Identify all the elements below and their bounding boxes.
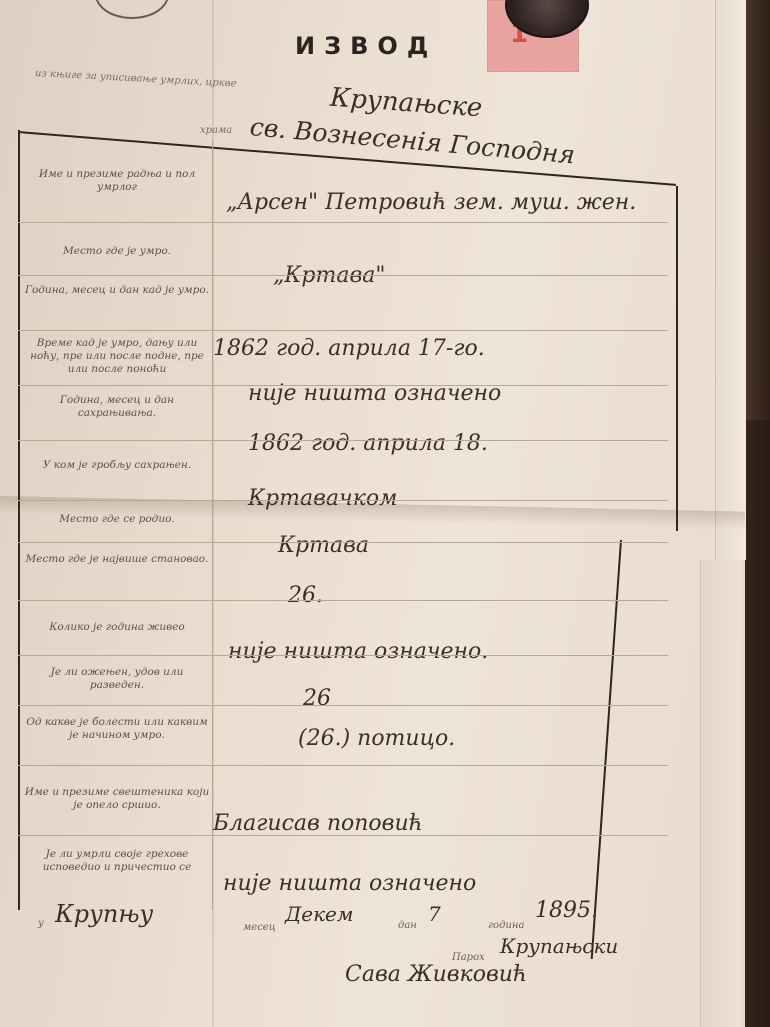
row-label: Место где је умро. [22,245,212,258]
table-row: Место где је умро. „Кртава" [18,222,668,273]
priest-signature: Сава Живковић [345,962,527,987]
row-label: Година, месец и дан сахрањивања. [22,394,212,420]
table-row: Време кад је умро, дању или ноћу, пре ил… [18,330,668,391]
year-handwritten: 1895. [535,898,598,923]
table-row: Колико је година живео није ништа означе… [18,600,668,653]
day-handwritten: 7 [428,902,441,926]
row-label: Место где је највише становао. [22,553,212,566]
row-label: Од какве је болести или каквим је начино… [22,716,212,742]
row-label: У ком је гробљу сахрањен. [22,459,212,472]
table-row: У ком је гробљу сахрањен. Кртавачком [18,440,668,496]
row-label: Име и презиме радња и пол умрлог [22,168,212,194]
place-label: у [38,918,44,929]
row-label: Време кад је умро, дању или ноћу, пре ил… [22,337,212,376]
table-row: Је ли умрли своје грехове исповедио и пр… [18,835,668,886]
row-label: Је ли ожењен, удов или разведен. [22,666,212,692]
table-row: Година, месец и дан сахрањивања. 1862 го… [18,385,668,436]
row-label: Колико је година живео [22,621,212,634]
row-label: Место где се родио. [22,513,212,526]
place-handwritten: Крупњу [55,900,153,928]
day-label: дан [398,920,417,931]
row-value: није ништа означено [223,871,476,896]
table-row: Је ли ожењен, удов или разведен. 26 [18,655,668,706]
table-row: Место где је највише становао. 26. [18,542,668,598]
row-value: Благисав поповић [213,811,423,836]
table-row: Година, месец и дан кад је умро. 1862 го… [18,275,668,331]
paper-edge-lower [700,560,741,1027]
table-border-right [676,186,678,531]
row-value: „Арсен" Петровић зем. муш. жен. [226,190,636,215]
priest-parish-handwritten: Крупањски [500,934,618,958]
row-value: (26.) потицо. [298,726,455,751]
table-row: Место где се родио. Кртава [18,500,668,541]
row-label: Име и презиме свештеника који је опело с… [22,786,212,812]
row-label: Је ли умрли своје грехове исповедио и пр… [22,848,212,874]
paper-edge-upper [715,0,746,560]
table-row: Име и презиме свештеника који је опело с… [18,765,668,826]
table-row: Од какве је болести или каквим је начино… [18,705,668,761]
table-row: Име и презиме радња и пол умрлог „Арсен"… [18,150,668,214]
month-label: месец [243,922,276,933]
month-handwritten: Декем [285,902,353,926]
document-title: ИЗВОД [295,32,437,60]
row-label: Година, месец и дан кад је умро. [22,284,212,297]
year-label: година [488,920,524,931]
